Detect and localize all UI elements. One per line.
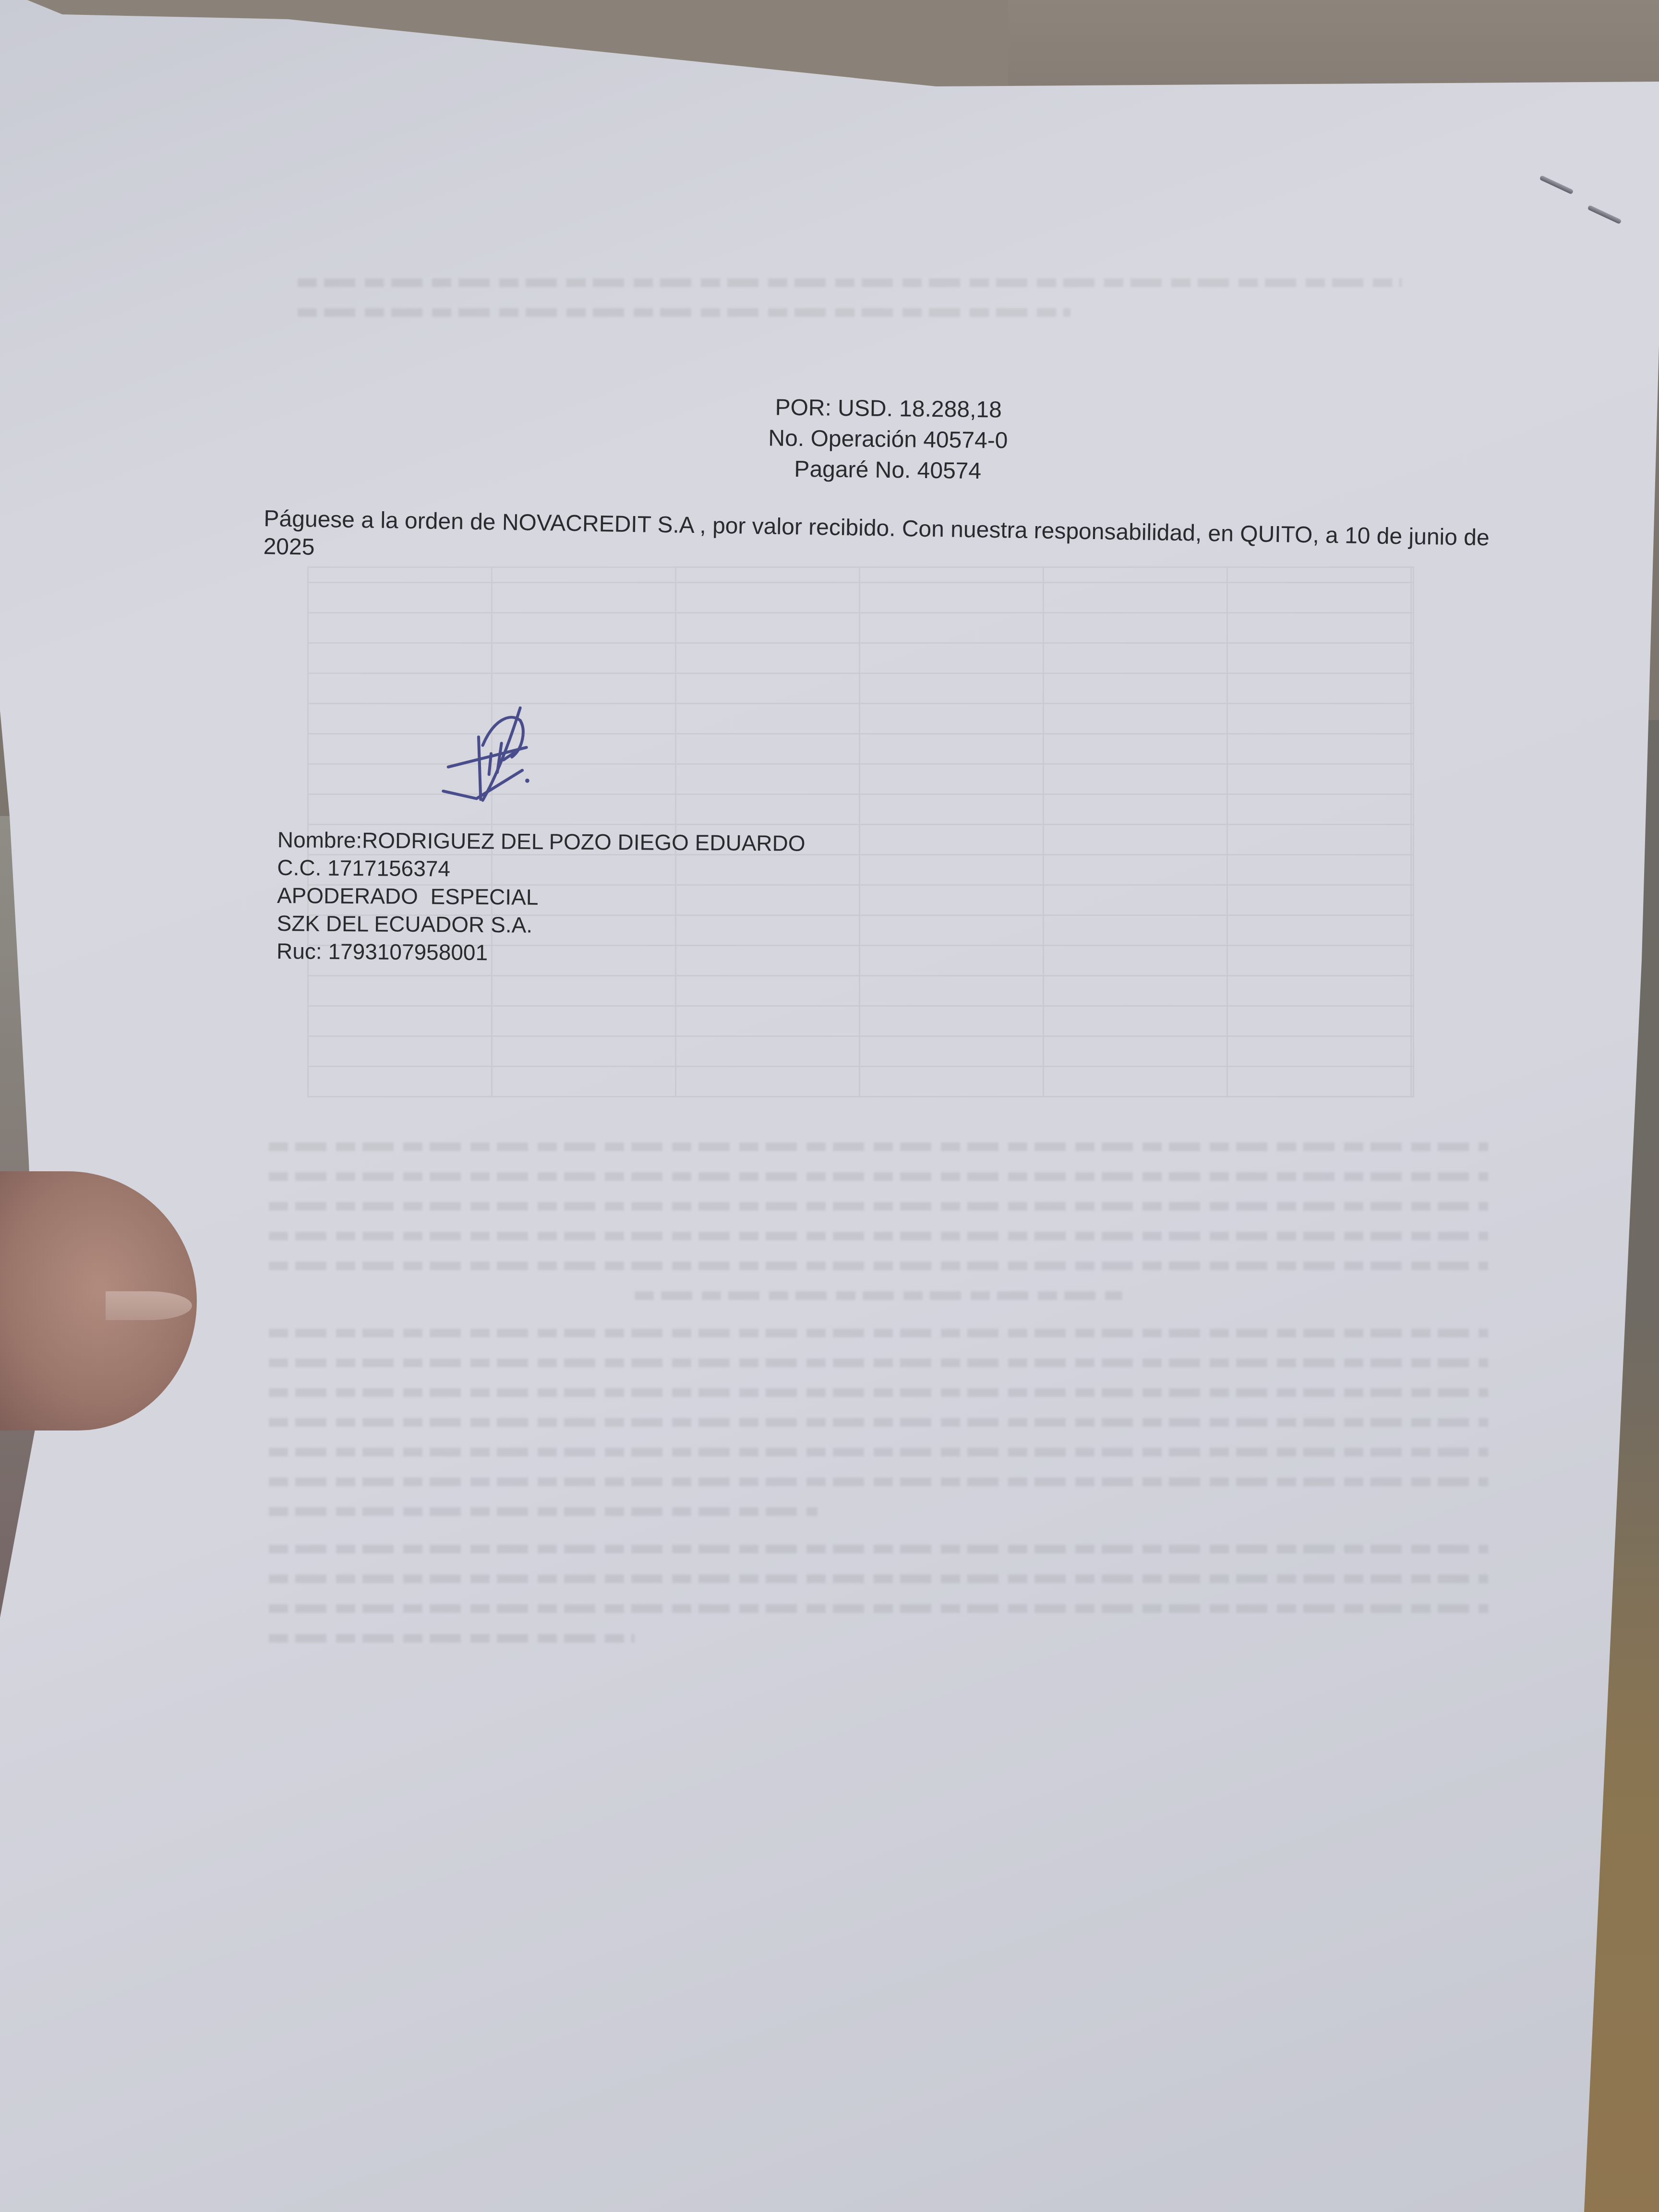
signer-block: Nombre:RODRIGUEZ DEL POZO DIEGO EDUARDO … [276, 826, 805, 969]
staple-icon [1539, 175, 1574, 195]
thumbnail [106, 1291, 192, 1320]
showthrough-text-top [298, 278, 1402, 338]
signer-role: APODERADO ESPECIAL [277, 881, 805, 913]
amount-line: POR: USD. 18.288,18 [710, 392, 1066, 426]
signer-company: SZK DEL ECUADOR S.A. [276, 909, 805, 941]
signer-id: C.C. 1717156374 [277, 854, 805, 885]
operation-line: No. Operación 40574-0 [710, 422, 1066, 457]
note-header: POR: USD. 18.288,18 No. Operación 40574-… [710, 392, 1066, 488]
showthrough-text-body [269, 1142, 1488, 1664]
signer-ruc: Ruc: 1793107958001 [276, 937, 805, 969]
staple-icon [1587, 205, 1622, 225]
signature-icon [422, 691, 547, 816]
paper-sheet: POR: USD. 18.288,18 No. Operación 40574-… [0, 0, 1659, 2212]
promissory-note-line: Pagaré No. 40574 [710, 453, 1066, 488]
signer-name: Nombre:RODRIGUEZ DEL POZO DIEGO EDUARDO [277, 826, 805, 857]
